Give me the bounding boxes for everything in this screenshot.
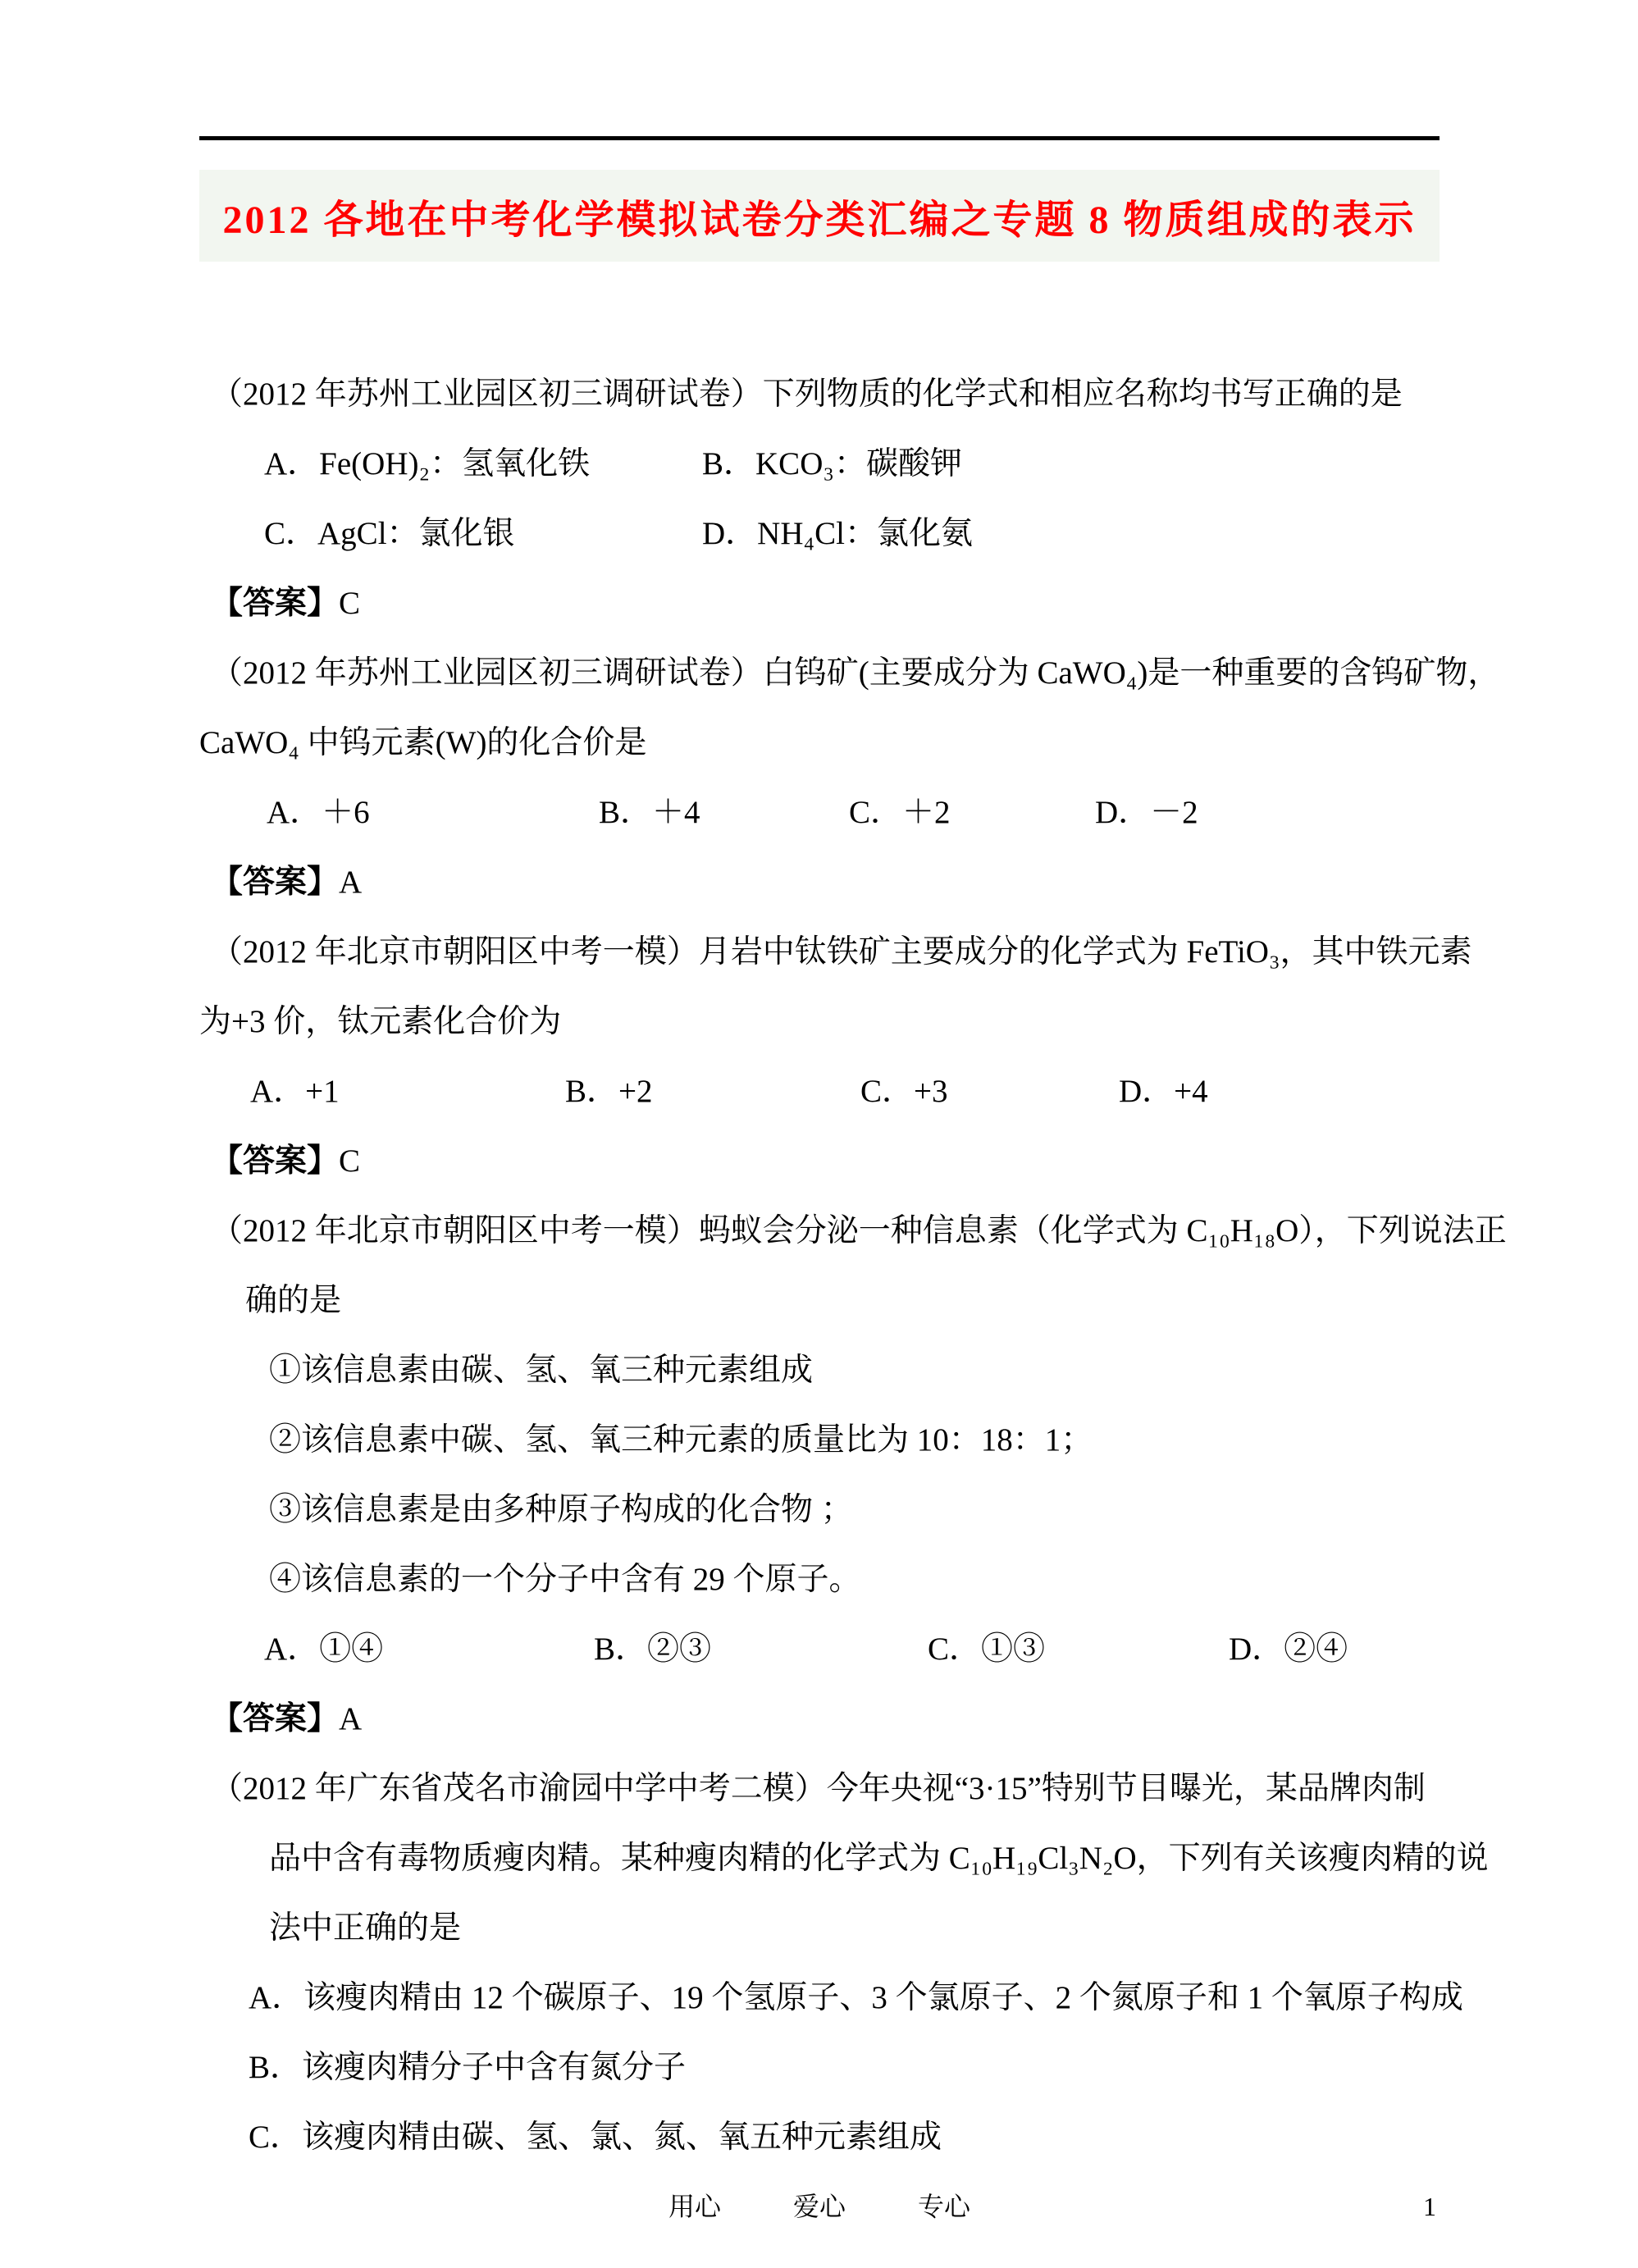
page-number: 1	[1423, 2178, 1436, 2235]
option-b: B．+2	[565, 1056, 653, 1126]
footer-word-2: 爱心	[793, 2192, 846, 2221]
question-block: （2012 年广东省茂名市渝园中学中考二模）今年央视“3·15”特别节目曝光，某…	[199, 1754, 1440, 2172]
option-d: D．NH₄Cl：氯化氨	[702, 499, 973, 568]
title-band: 2012 各地在中考化学模拟试卷分类汇编之专题 8 物质组成的表示	[199, 170, 1440, 262]
question-stem-line: （2012 年苏州工业园区初三调研试卷）白钨矿(主要成分为 CaWO₄)是一种重…	[199, 638, 1440, 708]
options-row: A．Fe(OH)₂：氢氧化铁 B．KCO₃：碳酸钾	[199, 429, 1440, 499]
answer-value: A	[339, 1701, 362, 1736]
question-block: （2012 年苏州工业园区初三调研试卷）白钨矿(主要成分为 CaWO₄)是一种重…	[199, 638, 1440, 917]
document-page: 2012 各地在中考化学模拟试卷分类汇编之专题 8 物质组成的表示 （2012 …	[0, 0, 1638, 2268]
option-a: A．①④	[264, 1614, 383, 1684]
option-d: D．－2	[1095, 778, 1198, 847]
options-row: A．①④ B．②③ C．①③ D．②④	[199, 1614, 1440, 1684]
footer-motto: 用心 爱心 专心	[199, 2178, 1440, 2235]
statement-item: ③该信息素是由多种原子构成的化合物 ；	[199, 1475, 1440, 1545]
answer-label: 【答案】	[211, 1701, 339, 1736]
answer-label: 【答案】	[211, 1143, 339, 1179]
question-block: （2012 年北京市朝阳区中考一模）月岩中钛铁矿主要成分的化学式为 FeTiO₃…	[199, 917, 1440, 1196]
answer-row: 【答案】C	[199, 1126, 1440, 1196]
answer-row: 【答案】A	[199, 1684, 1440, 1754]
option-a: A．＋6	[267, 778, 370, 847]
answer-row: 【答案】A	[199, 847, 1440, 917]
option-a: A．Fe(OH)₂：氢氧化铁	[264, 429, 590, 499]
question-stem-line: 法中正确的是	[199, 1893, 1440, 1963]
answer-row: 【答案】C	[199, 568, 1440, 638]
document-title: 2012 各地在中考化学模拟试卷分类汇编之专题 8 物质组成的表示	[222, 188, 1416, 244]
option-b: B．KCO₃：碳酸钾	[702, 429, 962, 499]
footer-word-1: 用心	[668, 2192, 721, 2221]
footer-word-3: 专心	[918, 2192, 970, 2221]
header-rule	[199, 136, 1440, 140]
answer-value: C	[339, 586, 360, 621]
statement-item: ①该信息素由碳、氢、氧三种元素组成	[199, 1335, 1440, 1405]
answer-label: 【答案】	[211, 586, 339, 621]
option-b: B．＋4	[599, 778, 700, 847]
options-row: A．+1 B．+2 C．+3 D．+4	[199, 1056, 1440, 1126]
questions-list: （2012 年苏州工业园区初三调研试卷）下列物质的化学式和相应名称均书写正确的是…	[199, 359, 1440, 2172]
option-b: B．②③	[594, 1614, 711, 1684]
option-d: D．+4	[1119, 1056, 1208, 1126]
option-a: A．+1	[250, 1056, 340, 1126]
option-line-b: B．该瘦肉精分子中含有氮分子	[199, 2033, 1440, 2102]
option-d: D．②④	[1229, 1614, 1348, 1684]
page-footer: 用心 爱心 专心 1	[199, 2178, 1440, 2235]
statement-item: ④该信息素的一个分子中含有 29 个原子。	[199, 1545, 1440, 1614]
answer-label: 【答案】	[211, 865, 339, 900]
option-c: C．＋2	[849, 778, 951, 847]
answer-value: C	[339, 1143, 360, 1179]
question-stem-line: （2012 年广东省茂名市渝园中学中考二模）今年央视“3·15”特别节目曝光，某…	[199, 1754, 1440, 1823]
question-stem-line: 品中含有毒物质瘦肉精。某种瘦肉精的化学式为 C₁₀H₁₉Cl₃N₂O，下列有关该…	[199, 1823, 1440, 1893]
option-c: C．AgCl：氯化银	[264, 499, 515, 568]
question-block: （2012 年苏州工业园区初三调研试卷）下列物质的化学式和相应名称均书写正确的是…	[199, 359, 1440, 638]
question-block: （2012 年北京市朝阳区中考一模）蚂蚁会分泌一种信息素（化学式为 C₁₀H₁₈…	[199, 1196, 1440, 1754]
question-stem-line: 为+3 价，钛元素化合价为	[199, 987, 1440, 1056]
options-row: C．AgCl：氯化银 D．NH₄Cl：氯化氨	[199, 499, 1440, 568]
option-c: C．①③	[928, 1614, 1045, 1684]
option-line-a: A．该瘦肉精由 12 个碳原子、19 个氢原子、3 个氯原子、2 个氮原子和 1…	[199, 1963, 1440, 2033]
question-stem-line: （2012 年苏州工业园区初三调研试卷）下列物质的化学式和相应名称均书写正确的是	[199, 359, 1440, 429]
option-c: C．+3	[860, 1056, 948, 1126]
options-row: A．＋6 B．＋4 C．＋2 D．－2	[199, 778, 1440, 847]
question-stem-line: （2012 年北京市朝阳区中考一模）蚂蚁会分泌一种信息素（化学式为 C₁₀H₁₈…	[199, 1196, 1440, 1266]
question-stem-line: （2012 年北京市朝阳区中考一模）月岩中钛铁矿主要成分的化学式为 FeTiO₃…	[199, 917, 1440, 987]
answer-value: A	[339, 865, 362, 900]
question-stem-line: CaWO₄ 中钨元素(W)的化合价是	[199, 708, 1440, 778]
option-line-c: C．该瘦肉精由碳、氢、氯、氮、氧五种元素组成	[199, 2102, 1440, 2172]
question-stem-line: 确的是	[199, 1266, 1440, 1335]
statement-item: ②该信息素中碳、氢、氧三种元素的质量比为 10：18：1；	[199, 1405, 1440, 1475]
